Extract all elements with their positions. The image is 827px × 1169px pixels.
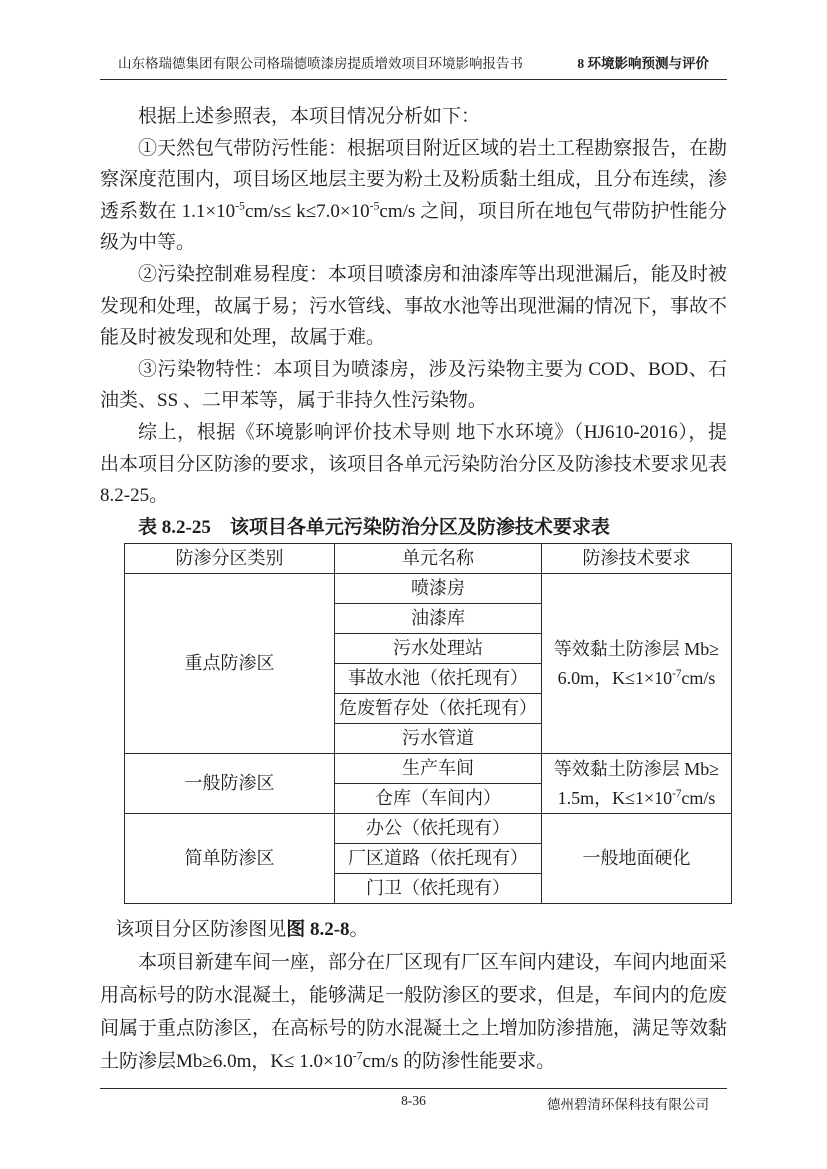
unit-cell: 仓库（车间内） — [335, 784, 542, 814]
header-chapter-title: 8 环境影响预测与评价 — [577, 52, 709, 72]
page-content: 根据上述参照表，本项目情况分析如下： ①天然包气带防污性能：根据项目附近区域的岩… — [100, 101, 727, 1078]
paragraph-summary: 综上，根据《环境影响评价技术导则 地下水环境》（HJ610-2016），提出本项… — [100, 417, 727, 512]
footer-company: 德州碧清环保科技有限公司 — [547, 1093, 709, 1113]
unit-cell: 喷漆房 — [335, 574, 542, 604]
table-row: 重点防渗区 喷漆房 等效黏土防渗层 Mb≥6.0m，K≤1×10-7cm/s — [125, 574, 732, 604]
document-page: 山东格瑞德集团有限公司格瑞德喷漆房提质增效项目环境影响报告书 8 环境影响预测与… — [0, 0, 827, 1169]
header-report-title: 山东格瑞德集团有限公司格瑞德喷漆房提质增效项目环境影响报告书 — [118, 52, 523, 72]
paragraph-intro: 根据上述参照表，本项目情况分析如下： — [100, 101, 727, 133]
protection-zone-table: 防渗分区类别 单元名称 防渗技术要求 重点防渗区 喷漆房 等效黏土防渗层 Mb≥… — [124, 543, 732, 904]
unit-cell: 污水处理站 — [335, 634, 542, 664]
page-number: 8-36 — [401, 1093, 426, 1109]
unit-cell: 门卫（依托现有） — [335, 874, 542, 904]
unit-cell: 污水管道 — [335, 724, 542, 754]
table-row: 简单防渗区 办公（依托现有） 一般地面硬化 — [125, 814, 732, 844]
paragraph-pollutant-character: ③污染物特性：本项目为喷漆房，涉及污染物主要为 COD、BOD、石油类、SS 、… — [100, 354, 727, 417]
page-footer: 8-36 德州碧清环保科技有限公司 — [100, 1093, 727, 1113]
col-header-requirement: 防渗技术要求 — [542, 544, 732, 574]
paragraph-vadose-zone: ①天然包气带防污性能：根据项目附近区域的岩土工程勘察报告，在勘察深度范围内，项目… — [100, 133, 727, 259]
unit-cell: 厂区道路（依托现有） — [335, 844, 542, 874]
col-header-unit-name: 单元名称 — [335, 544, 542, 574]
zone-general-protection: 一般防渗区 — [125, 754, 335, 814]
page-header: 山东格瑞德集团有限公司格瑞德喷漆房提质增效项目环境影响报告书 8 环境影响预测与… — [100, 52, 727, 80]
requirement-key-protection: 等效黏土防渗层 Mb≥6.0m，K≤1×10-7cm/s — [542, 574, 732, 754]
requirement-general-protection: 等效黏土防渗层 Mb≥1.5m，K≤1×10-7cm/s — [542, 754, 732, 814]
paragraph-workshop: 本项目新建车间一座，部分在厂区现有厂区车间内建设，车间内地面采用高标号的防水混凝… — [100, 946, 727, 1078]
paragraph-figure-reference: 该项目分区防渗图见图 8.2-8。 — [100, 913, 727, 946]
unit-cell: 生产车间 — [335, 754, 542, 784]
unit-cell: 危废暂存处（依托现有） — [335, 694, 542, 724]
footer-rule — [100, 1088, 727, 1089]
paragraph-pollution-control: ②污染控制难易程度：本项目喷漆房和油漆库等出现泄漏后，能及时被发现和处理，故属于… — [100, 259, 727, 354]
table-header-row: 防渗分区类别 单元名称 防渗技术要求 — [125, 544, 732, 574]
col-header-zone-type: 防渗分区类别 — [125, 544, 335, 574]
unit-cell: 油漆库 — [335, 604, 542, 634]
zone-key-protection: 重点防渗区 — [125, 574, 335, 754]
table-row: 一般防渗区 生产车间 等效黏土防渗层 Mb≥1.5m，K≤1×10-7cm/s — [125, 754, 732, 784]
zone-simple-protection: 简单防渗区 — [125, 814, 335, 904]
table-title: 表 8.2-25 该项目各单元污染防治分区及防渗技术要求表 — [100, 512, 727, 544]
unit-cell: 办公（依托现有） — [335, 814, 542, 844]
requirement-simple-protection: 一般地面硬化 — [542, 814, 732, 904]
unit-cell: 事故水池（依托现有） — [335, 664, 542, 694]
